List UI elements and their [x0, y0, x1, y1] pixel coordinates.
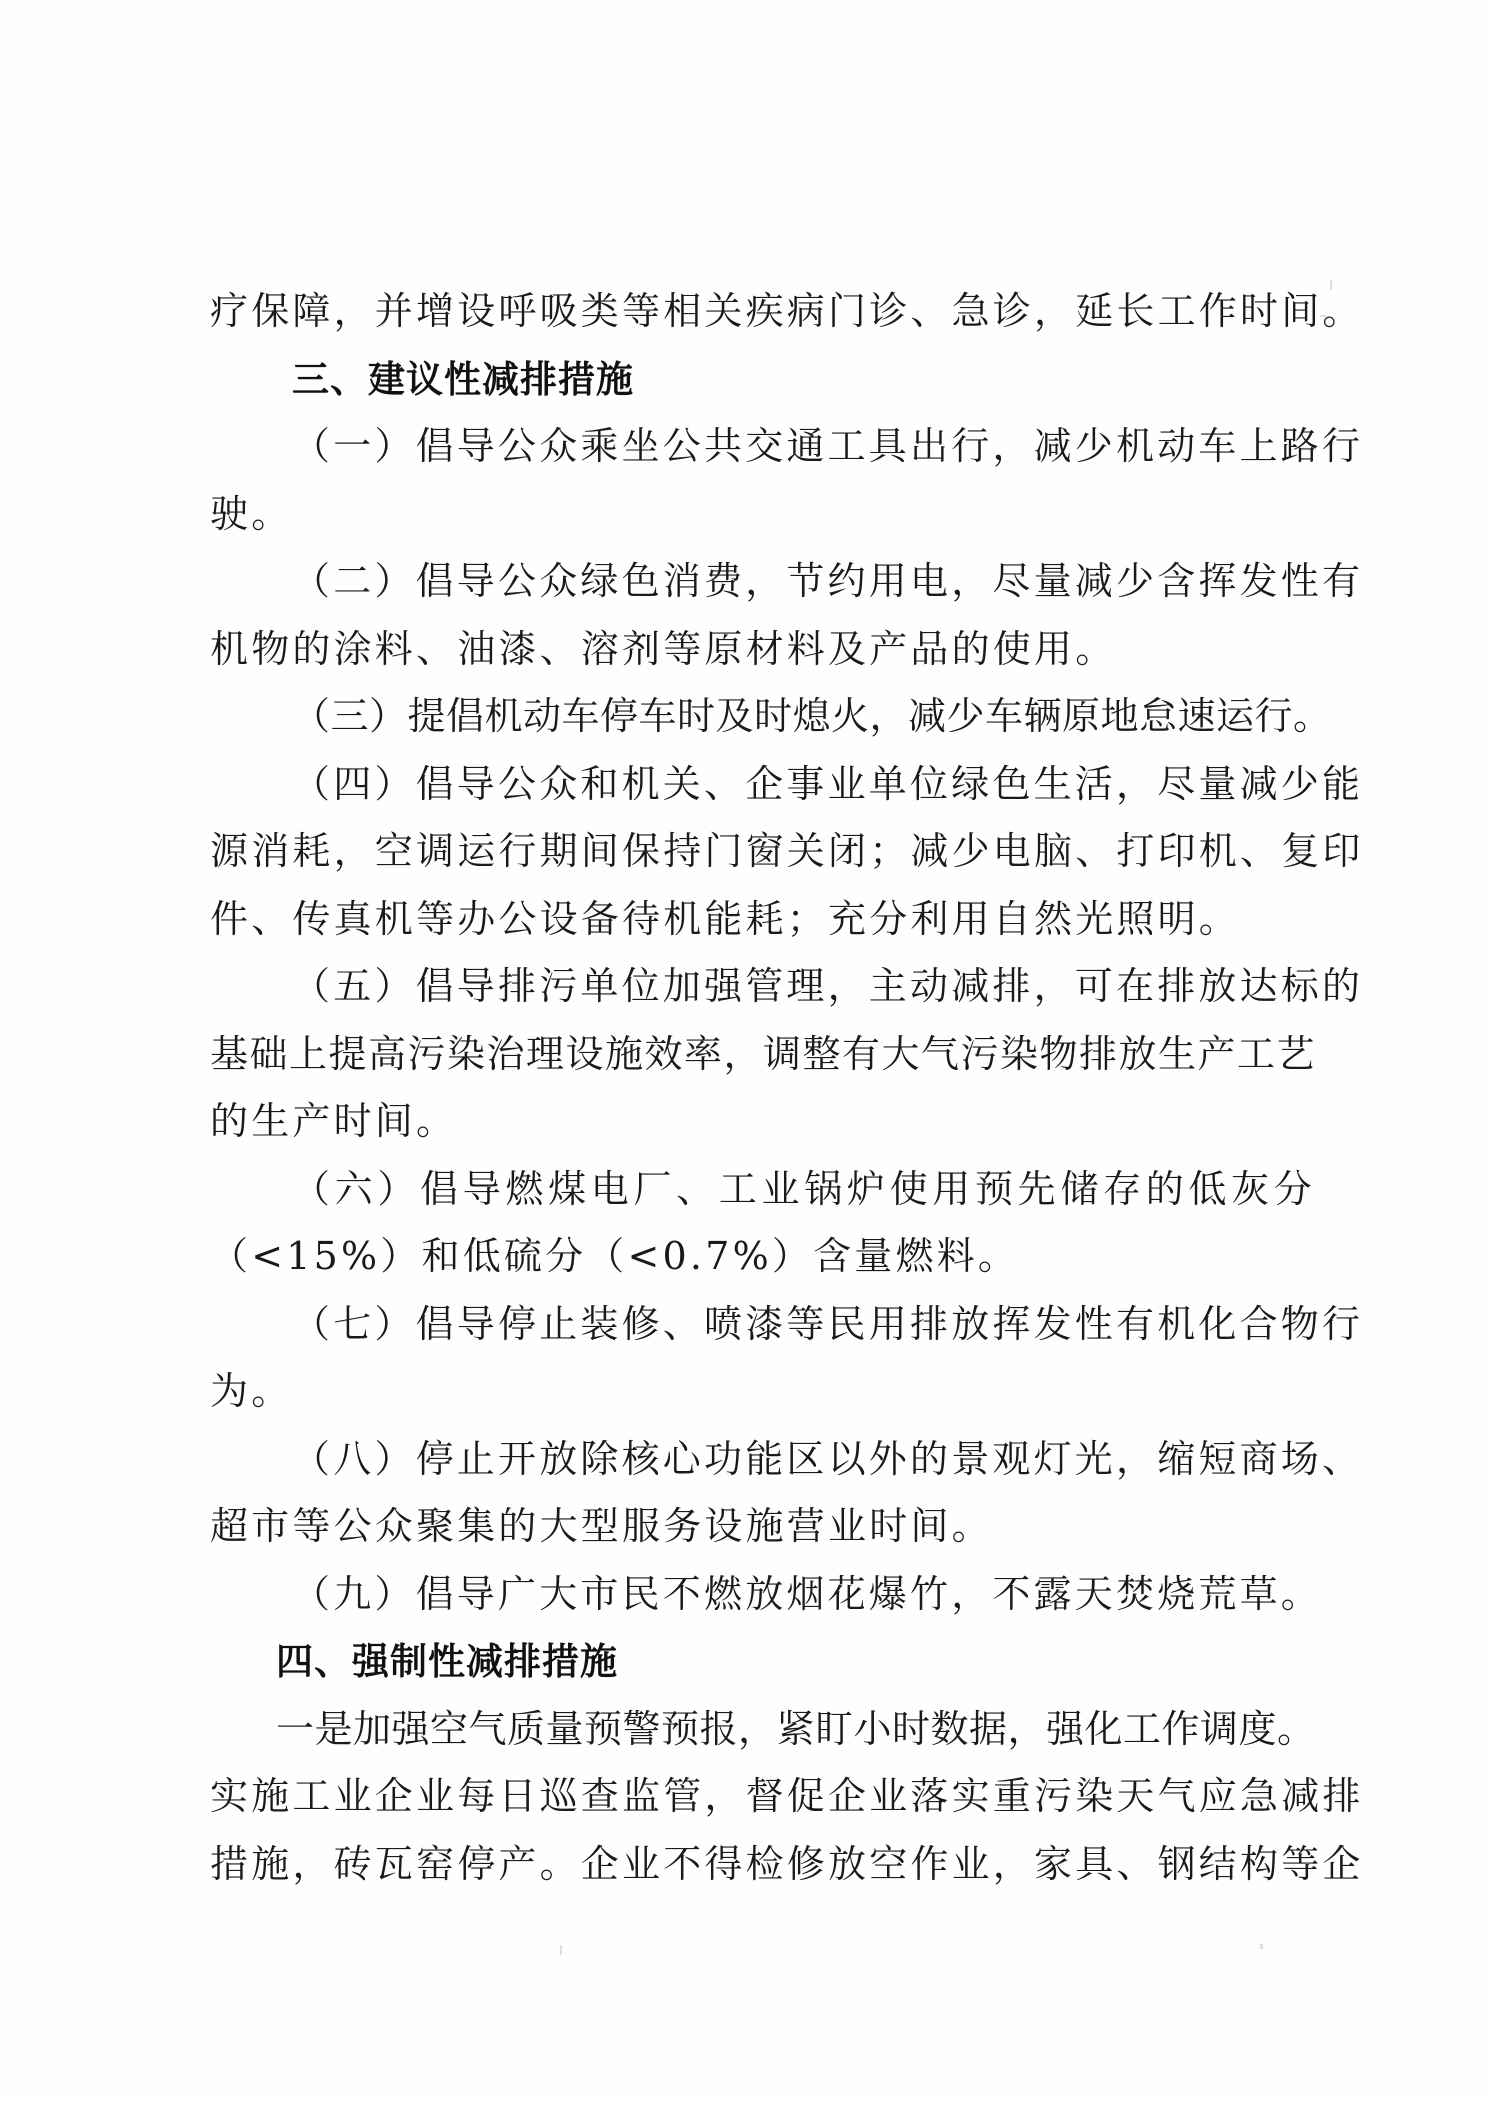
- item-4-line-1: （四）倡导公众和机关、企事业单位绿色生活，尽量减少能: [210, 751, 1315, 819]
- item-4-line-2: 源消耗，空调运行期间保持门窗关闭；减少电脑、打印机、复印: [210, 818, 1315, 886]
- scan-artifact: [1330, 280, 1332, 290]
- item-6-line-1: （六）倡导燃煤电厂、工业锅炉使用预先储存的低灰分: [210, 1156, 1315, 1224]
- item-6-line-2: （<15%）和低硫分（<0.7%）含量燃料。: [210, 1223, 1315, 1291]
- mandatory-1-line-2: 实施工业企业每日巡查监管，督促企业落实重污染天气应急减排: [210, 1763, 1315, 1831]
- document-page: 疗保障，并增设呼吸类等相关疾病门诊、急诊，延长工作时间。 三、建议性减排措施 （…: [0, 0, 1487, 2102]
- mandatory-1-line-3: 措施，砖瓦窑停产。企业不得检修放空作业，家具、钢结构等企: [210, 1831, 1315, 1899]
- mandatory-1-line-1: 一是加强空气质量预警预报，紧盯小时数据，强化工作调度。: [210, 1696, 1315, 1764]
- item-8-line-1: （八）停止开放除核心功能区以外的景观灯光，缩短商场、: [210, 1426, 1315, 1494]
- item-5-line-1: （五）倡导排污单位加强管理，主动减排，可在排放达标的: [210, 953, 1315, 1021]
- item-2-line-1: （二）倡导公众绿色消费，节约用电，尽量减少含挥发性有: [210, 548, 1315, 616]
- scan-artifact: [1320, 315, 1326, 317]
- item-2-line-2: 机物的涂料、油漆、溶剂等原材料及产品的使用。: [210, 616, 1315, 684]
- item-8-line-2: 超市等公众聚集的大型服务设施营业时间。: [210, 1493, 1315, 1561]
- item-7-line-1: （七）倡导停止装修、喷漆等民用排放挥发性有机化合物行: [210, 1291, 1315, 1359]
- item-5-line-2: 基础上提高污染治理设施效率，调整有大气污染物排放生产工艺: [210, 1021, 1315, 1089]
- paragraph-continued-medical-line-1: 疗保障，并增设呼吸类等相关疾病门诊、急诊，延长工作时间。: [210, 278, 1315, 346]
- item-1-line-1: （一）倡导公众乘坐公共交通工具出行，减少机动车上路行: [210, 413, 1315, 481]
- scan-artifact: [560, 1945, 562, 1955]
- item-3-line-1: （三）提倡机动车停车时及时熄火，减少车辆原地怠速运行。: [210, 683, 1315, 751]
- item-5-line-3: 的生产时间。: [210, 1088, 1315, 1156]
- scan-artifact: [1260, 1944, 1263, 1949]
- item-4-line-3: 件、传真机等办公设备待机能耗；充分利用自然光照明。: [210, 886, 1315, 954]
- item-9-line-1: （九）倡导广大市民不燃放烟花爆竹，不露天焚烧荒草。: [210, 1561, 1315, 1629]
- document-body: 疗保障，并增设呼吸类等相关疾病门诊、急诊，延长工作时间。 三、建议性减排措施 （…: [210, 278, 1315, 1898]
- section-heading-suggested-measures: 三、建议性减排措施: [210, 346, 1315, 414]
- item-7-line-2: 为。: [210, 1358, 1315, 1426]
- item-1-line-2: 驶。: [210, 481, 1315, 549]
- section-heading-mandatory-measures: 四、强制性减排措施: [210, 1628, 1315, 1696]
